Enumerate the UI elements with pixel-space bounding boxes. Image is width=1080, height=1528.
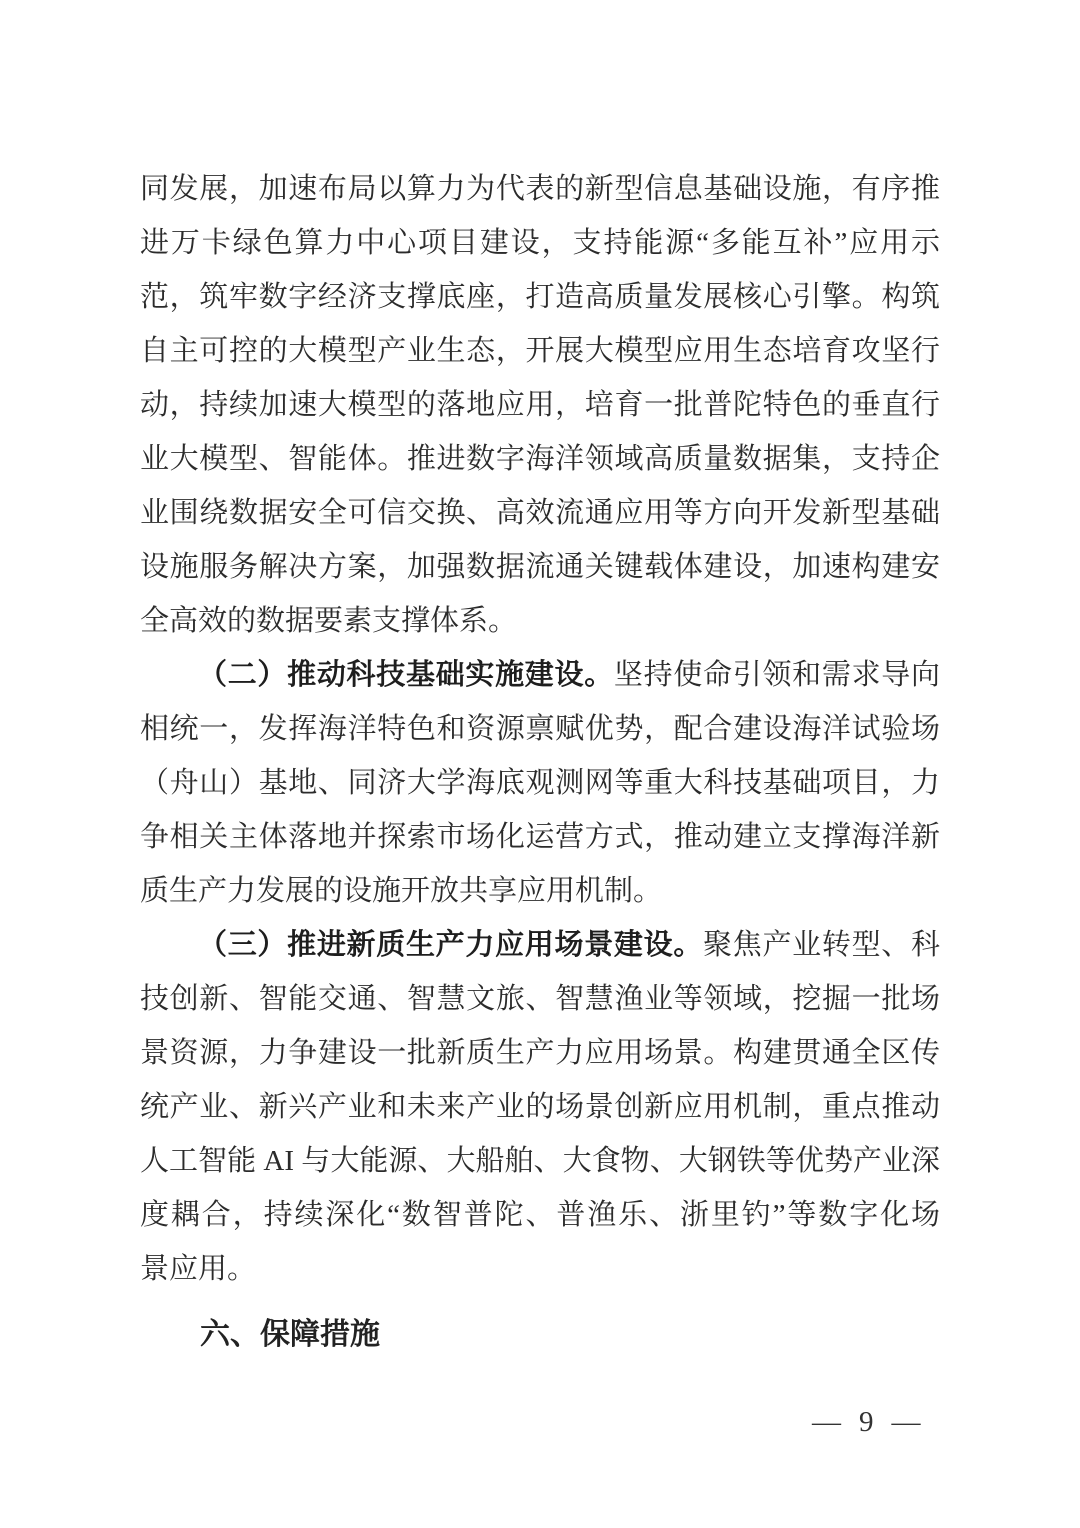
text-line: 景资源，力争建设一批新质生产力应用场景。构建贯通全区传 — [140, 1026, 940, 1080]
clause-2-heading: （二）推动科技基础实施建设。 — [198, 659, 614, 691]
document-page: 同发展，加速布局以算力为代表的新型信息基础设施，有序推 进万卡绿色算力中心项目建… — [0, 0, 1080, 1528]
text-line: 技创新、智能交通、智慧文旅、智慧渔业等领域，挖掘一批场 — [140, 972, 940, 1026]
text-line: 进万卡绿色算力中心项目建设，支持能源“多能互补”应用示 — [140, 216, 940, 270]
text-line: （三）推进新质生产力应用场景建设。聚焦产业转型、科 — [140, 918, 940, 972]
text-line: 统产业、新兴产业和未来产业的场景创新应用机制，重点推动 — [140, 1080, 940, 1134]
text-line: （舟山）基地、同济大学海底观测网等重大科技基础项目，力 — [140, 756, 940, 810]
paragraph-1: 同发展，加速布局以算力为代表的新型信息基础设施，有序推 进万卡绿色算力中心项目建… — [140, 162, 940, 648]
clause-3-heading: （三）推进新质生产力应用场景建设。 — [198, 929, 703, 961]
document-body: 同发展，加速布局以算力为代表的新型信息基础设施，有序推 进万卡绿色算力中心项目建… — [140, 162, 940, 1362]
paragraph-3: （三）推进新质生产力应用场景建设。聚焦产业转型、科 技创新、智能交通、智慧文旅、… — [140, 918, 940, 1296]
text-line: 设施服务解决方案，加强数据流通关键载体建设，加速构建安 — [140, 540, 940, 594]
text-line: 质生产力发展的设施开放共享应用机制。 — [140, 864, 940, 918]
text-line: 同发展，加速布局以算力为代表的新型信息基础设施，有序推 — [140, 162, 940, 216]
text-line: 相统一，发挥海洋特色和资源禀赋优势，配合建设海洋试验场 — [140, 702, 940, 756]
footer-right-dash: — — [892, 1406, 921, 1439]
clause-2-body-start: 坚持使命引领和需求导向 — [614, 659, 940, 691]
text-line: 人工智能 AI 与大能源、大船舶、大食物、大钢铁等优势产业深 — [140, 1134, 940, 1188]
text-line: 范，筑牢数字经济支撑底座，打造高质量发展核心引擎。构筑 — [140, 270, 940, 324]
text-line: 业大模型、智能体。推进数字海洋领域高质量数据集，支持企 — [140, 432, 940, 486]
text-line: 动，持续加速大模型的落地应用，培育一批普陀特色的垂直行 — [140, 378, 940, 432]
text-line: 全高效的数据要素支撑体系。 — [140, 594, 940, 648]
footer-left-dash: — — [812, 1406, 841, 1439]
clause-3-body-start: 聚焦产业转型、科 — [703, 929, 940, 961]
text-line: 争相关主体落地并探索市场化运营方式，推动建立支撑海洋新 — [140, 810, 940, 864]
text-line: 景应用。 — [140, 1242, 940, 1296]
page-number-footer: — 9 — — [812, 1406, 921, 1439]
text-line: 自主可控的大模型产业生态，开展大模型应用生态培育攻坚行 — [140, 324, 940, 378]
text-line: 业围绕数据安全可信交换、高效流通应用等方向开发新型基础 — [140, 486, 940, 540]
text-line: 度耦合，持续深化“数智普陀、普渔乐、浙里钓”等数字化场 — [140, 1188, 940, 1242]
text-line: （二）推动科技基础实施建设。坚持使命引领和需求导向 — [140, 648, 940, 702]
paragraph-2: （二）推动科技基础实施建设。坚持使命引领和需求导向 相统一，发挥海洋特色和资源禀… — [140, 648, 940, 918]
page-number: 9 — [859, 1406, 874, 1439]
section-heading-6: 六、保障措施 — [140, 1308, 940, 1362]
